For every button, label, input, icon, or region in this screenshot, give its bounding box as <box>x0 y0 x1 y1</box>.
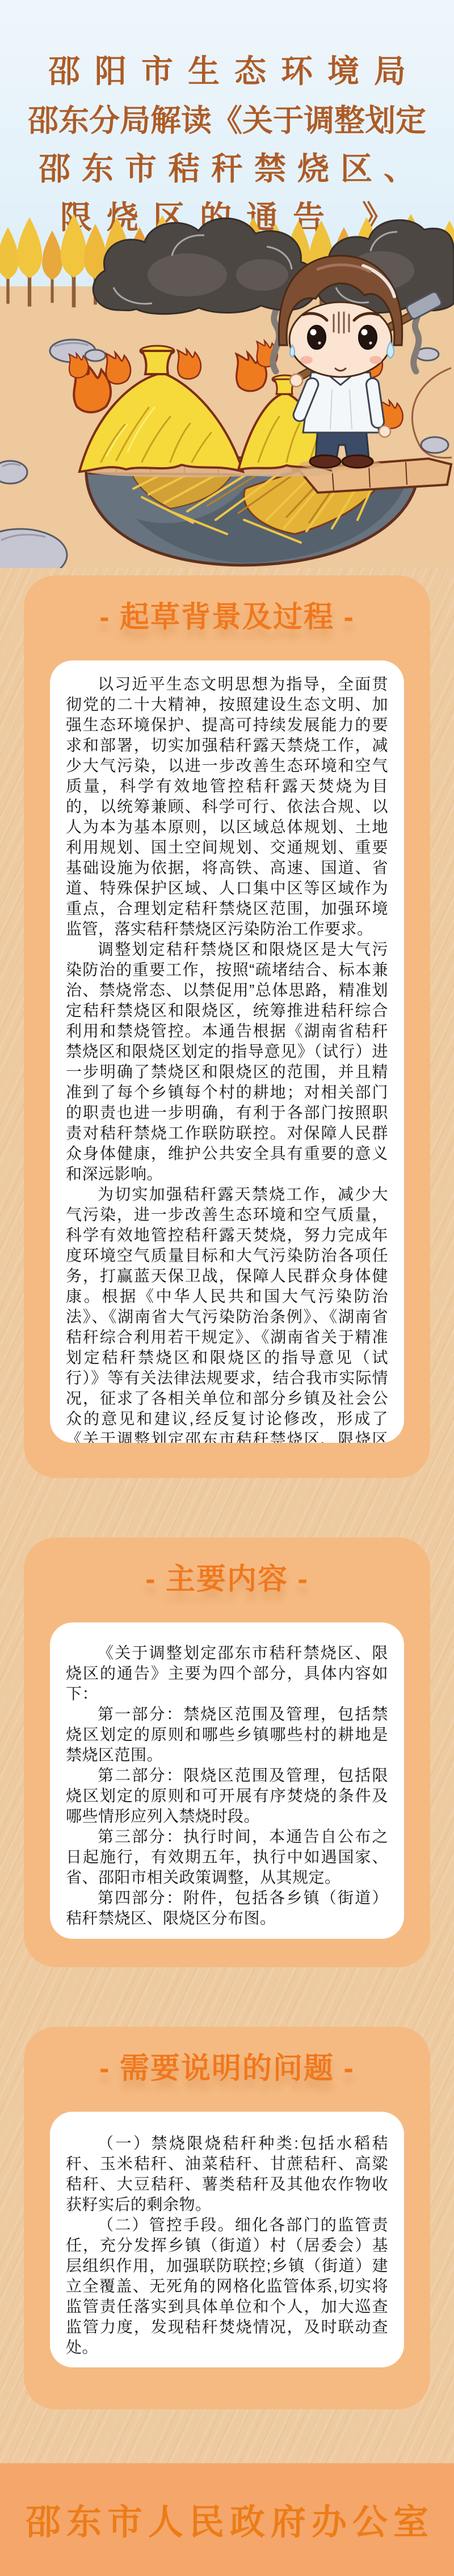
paragraph: （二）管控手段。细化各部门的监管责任，充分发挥乡镇（街道）村（居委会）基层组织作… <box>66 2215 388 2358</box>
page-title-line-2: 邵东分局解读《关于调整划定 <box>0 96 454 145</box>
section-issues-to-explain: - 需要说明的问题 - （一）禁烧限烧秸秆种类:包括水稻秸秆、玉米秸秆、油菜秸秆… <box>24 2027 430 2409</box>
hero-banner: 邵阳市生态环境局 邵东分局解读《关于调整划定 邵东市秸秆禁烧区、 限烧区的通告 … <box>0 0 454 568</box>
paragraph: （一）禁烧限烧秸秆种类:包括水稻秸秆、玉米秸秆、油菜秸秆、甘蔗秸秆、高粱秸秆、大… <box>66 2133 388 2215</box>
paragraph: 第四部分：附件，包括各乡镇（街道）秸秆禁烧区、限烧区分布图。 <box>66 1888 388 1929</box>
paragraph: 《关于调整划定邵东市秸秆禁烧区、限烧区的通告》主要为四个部分，具体内容如下： <box>66 1643 388 1704</box>
paragraph: 第二部分：限烧区范围及管理，包括限烧区划定的原则和可开展有序焚烧的条件及哪些情形… <box>66 1765 388 1827</box>
page-title-line-3: 邵东市秸秆禁烧区、 <box>0 145 454 194</box>
hero-illustration <box>0 202 454 568</box>
smoke-cloud-icon <box>93 218 454 314</box>
paragraph: 以习近平生态文明思想为指导，全面贯彻党的二十大精神，按照建设生态文明、加强生态环… <box>66 674 388 939</box>
section-panel: 以习近平生态文明思想为指导，全面贯彻党的二十大精神，按照建设生态文明、加强生态环… <box>50 660 404 1443</box>
paragraph: 第三部分：执行时间，本通告自公布之日起施行，有效期五年，执行中如遇国家、省、邵阳… <box>66 1827 388 1888</box>
section-heading-drafting-background: - 起草背景及过程 - <box>24 575 430 633</box>
section-drafting-background: - 起草背景及过程 - 以习近平生态文明思想为指导，全面贯彻党的二十大精神，按照… <box>24 575 430 1478</box>
paragraph: 为切实加强秸秆露天禁烧工作，减少大气污染，进一步改善生态环境和空气质量，科学有效… <box>66 1184 388 1443</box>
footer-band: 邵东市人民政府办公室 <box>0 2463 454 2576</box>
section-heading-main-content: - 主要内容 - <box>24 1537 430 1595</box>
page-title-line-1: 邵阳市生态环境局 <box>0 48 454 96</box>
paragraph: 第一部分：禁烧区范围及管理，包括禁烧区划定的原则和哪些乡镇哪些村的耕地是禁烧区范… <box>66 1704 388 1765</box>
paragraph: 调整划定秸秆禁烧区和限烧区是大气污染防治的重要工作，按照“疏堵结合、标本兼治、禁… <box>66 939 388 1184</box>
content-area: - 起草背景及过程 - 以习近平生态文明思想为指导，全面贯彻党的二十大精神，按照… <box>0 568 454 2463</box>
section-panel: 《关于调整划定邵东市秸秆禁烧区、限烧区的通告》主要为四个部分，具体内容如下： 第… <box>50 1622 404 1939</box>
section-main-content: - 主要内容 - 《关于调整划定邵东市秸秆禁烧区、限烧区的通告》主要为四个部分，… <box>24 1537 430 1967</box>
section-panel: （一）禁烧限烧秸秆种类:包括水稻秸秆、玉米秸秆、油菜秸秆、甘蔗秸秆、高粱秸秆、大… <box>50 2112 404 2367</box>
footer-office-name: 邵东市人民政府办公室 <box>0 2463 454 2544</box>
section-heading-issues-to-explain: - 需要说明的问题 - <box>24 2027 430 2084</box>
